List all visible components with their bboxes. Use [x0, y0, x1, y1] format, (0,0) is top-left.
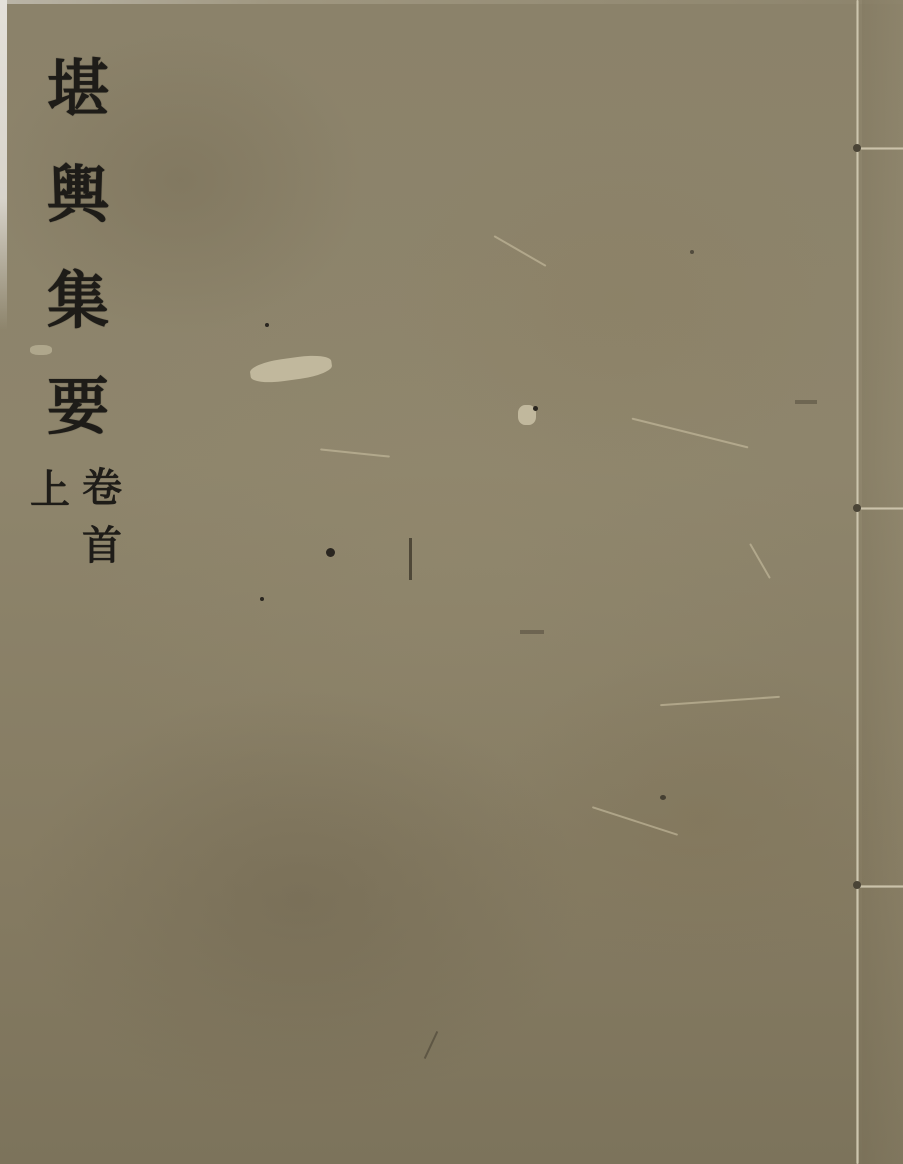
ink-speck — [260, 597, 264, 601]
paper-scratch — [424, 1031, 438, 1059]
paper-fiber — [592, 806, 678, 836]
binding-thread — [856, 0, 859, 1164]
paper-scratch — [409, 538, 412, 580]
paper-fiber — [494, 235, 547, 267]
title-char: 集 — [47, 270, 109, 376]
paper-scratch — [795, 400, 817, 404]
volume-label-block: 上 卷 首 — [28, 468, 128, 598]
volume-label: 上 — [30, 470, 70, 510]
stitch-hole — [853, 881, 861, 889]
paper-fiber — [749, 543, 771, 579]
cover-left-edge — [0, 0, 7, 330]
paper-fiber — [320, 448, 390, 457]
spine-strip — [862, 0, 903, 1164]
stitch-loop — [858, 885, 903, 888]
stitch-hole — [853, 504, 861, 512]
ink-speck — [660, 795, 666, 800]
section-char: 卷 — [82, 468, 122, 526]
ink-speck — [690, 250, 694, 254]
cover-top-edge — [0, 0, 903, 4]
ink-speck — [533, 406, 538, 411]
paper-scratch — [520, 630, 544, 634]
stitch-hole — [853, 144, 861, 152]
title-char: 堪 — [47, 58, 109, 164]
stitch-loop — [858, 147, 903, 150]
paper-fiber — [632, 418, 749, 449]
book-title: 堪 輿 集 要 — [38, 58, 118, 482]
paper-fleck — [249, 352, 333, 385]
ink-speck — [265, 323, 269, 327]
ink-speck — [326, 548, 335, 557]
section-label: 卷 首 — [82, 468, 122, 584]
book-cover: 堪 輿 集 要 上 卷 首 — [0, 0, 903, 1164]
section-char: 首 — [82, 526, 122, 584]
paper-fiber — [660, 696, 780, 706]
stitch-loop — [858, 507, 903, 510]
title-char: 輿 — [47, 164, 109, 270]
